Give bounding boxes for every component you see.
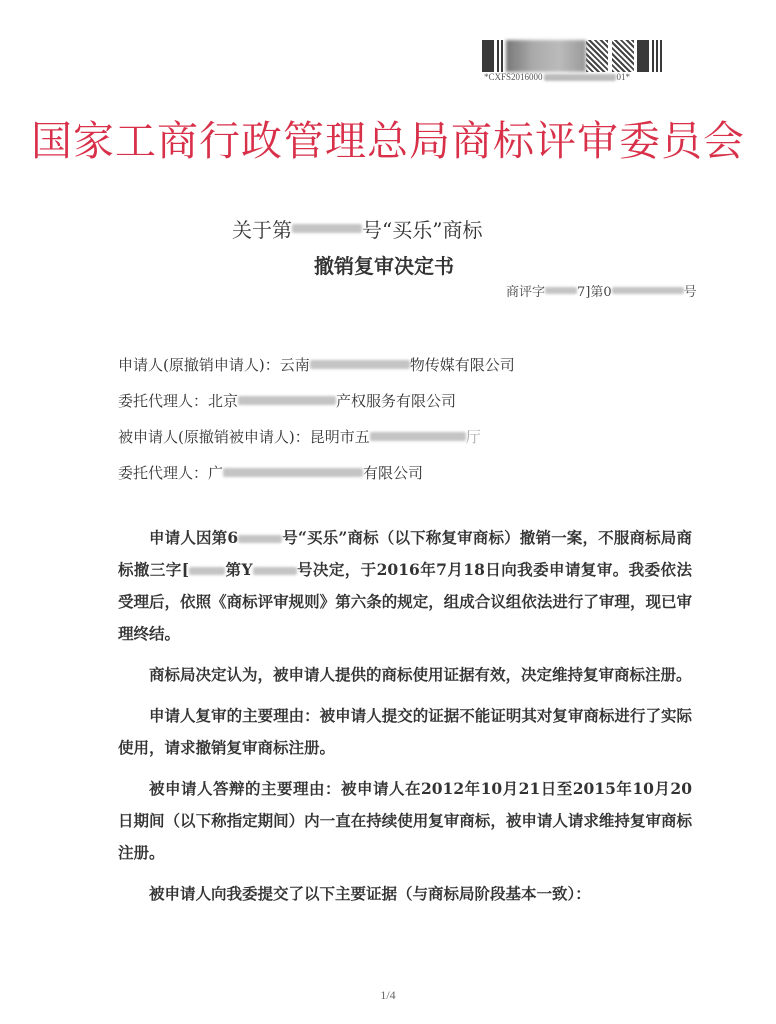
- party-value-prefix: 广: [208, 462, 223, 483]
- ref-suffix: 号: [684, 281, 697, 300]
- page-number: 1/4: [0, 988, 776, 1003]
- party-label: 申请人(原撤销申请人)：: [118, 354, 280, 375]
- redacted-block: [612, 287, 684, 294]
- party-applicant: 申请人(原撤销申请人)： 云南 物传媒有限公司: [118, 346, 515, 382]
- ref-middle: 7]第0: [577, 281, 612, 300]
- redacted-block: [253, 567, 297, 575]
- party-label: 委托代理人：: [118, 462, 208, 483]
- paragraph-respondent-defense: 被申请人答辩的主要理由：被申请人在2012年10月21日至2015年10月20日…: [118, 773, 692, 869]
- barcode-code-suffix: 01*: [617, 72, 631, 82]
- party-value-prefix: 云南: [280, 354, 310, 375]
- title-prefix: 关于第: [232, 214, 292, 243]
- barcode-code-prefix: *CXFS2016000: [484, 72, 543, 82]
- text-segment: 第Y: [225, 560, 252, 579]
- ref-prefix: 商评字: [506, 281, 545, 300]
- redacted-block: [189, 567, 225, 575]
- party-value-suffix: 产权服务有限公司: [336, 390, 456, 411]
- party-value-suffix: 物传媒有限公司: [410, 354, 515, 375]
- redacted-block: [238, 396, 336, 405]
- decision-body: 申请人因第6号“买乐”商标（以下称复审商标）撤销一案，不服商标局商标撤三字[第Y…: [118, 522, 692, 919]
- redacted-block: [545, 287, 577, 294]
- organization-title: 国家工商行政管理总局商标评审委员会: [0, 108, 776, 167]
- party-value-prefix: 昆明市五: [310, 426, 370, 447]
- document-title-line1: 关于第 号“买乐”商标: [232, 214, 482, 243]
- barcode-code: *CXFS2016000 01*: [484, 72, 684, 82]
- party-respondent: 被申请人(原撤销被申请人)： 昆明市五 厅: [118, 418, 515, 454]
- parties-list: 申请人(原撤销申请人)： 云南 物传媒有限公司 委托代理人： 北京 产权服务有限…: [118, 346, 515, 490]
- party-value-prefix: 北京: [208, 390, 238, 411]
- paragraph-case-background: 申请人因第6号“买乐”商标（以下称复审商标）撤销一案，不服商标局商标撤三字[第Y…: [118, 522, 692, 650]
- paragraph-evidence-intro: 被申请人向我委提交了以下主要证据（与商标局阶段基本一致）：: [118, 878, 692, 910]
- paragraph-applicant-reasons: 申请人复审的主要理由：被申请人提交的证据不能证明其对复审商标进行了实际使用，请求…: [118, 700, 692, 764]
- paragraph-office-decision: 商标局决定认为，被申请人提供的商标使用证据有效，决定维持复审商标注册。: [118, 659, 692, 691]
- document-title-line2: 撤销复审决定书: [314, 250, 454, 279]
- title-suffix: 号“买乐”商标: [362, 214, 482, 243]
- party-value-suffix: 有限公司: [363, 462, 423, 483]
- party-label: 被申请人(原撤销被申请人)：: [118, 426, 310, 447]
- redacted-block: [223, 468, 363, 477]
- party-respondent-agent: 委托代理人： 广 有限公司: [118, 454, 515, 490]
- redacted-block: [292, 224, 362, 233]
- redacted-block: [370, 432, 466, 441]
- party-label: 委托代理人：: [118, 390, 208, 411]
- redacted-block: [238, 535, 282, 543]
- barcode: [482, 40, 682, 72]
- reference-number: 商评字 7]第0 号: [506, 281, 697, 300]
- party-applicant-agent: 委托代理人： 北京 产权服务有限公司: [118, 382, 515, 418]
- party-value-suffix: 厅: [466, 426, 481, 447]
- redacted-block: [544, 74, 616, 81]
- text-segment: 申请人因第6: [149, 528, 238, 547]
- redacted-block: [310, 360, 410, 369]
